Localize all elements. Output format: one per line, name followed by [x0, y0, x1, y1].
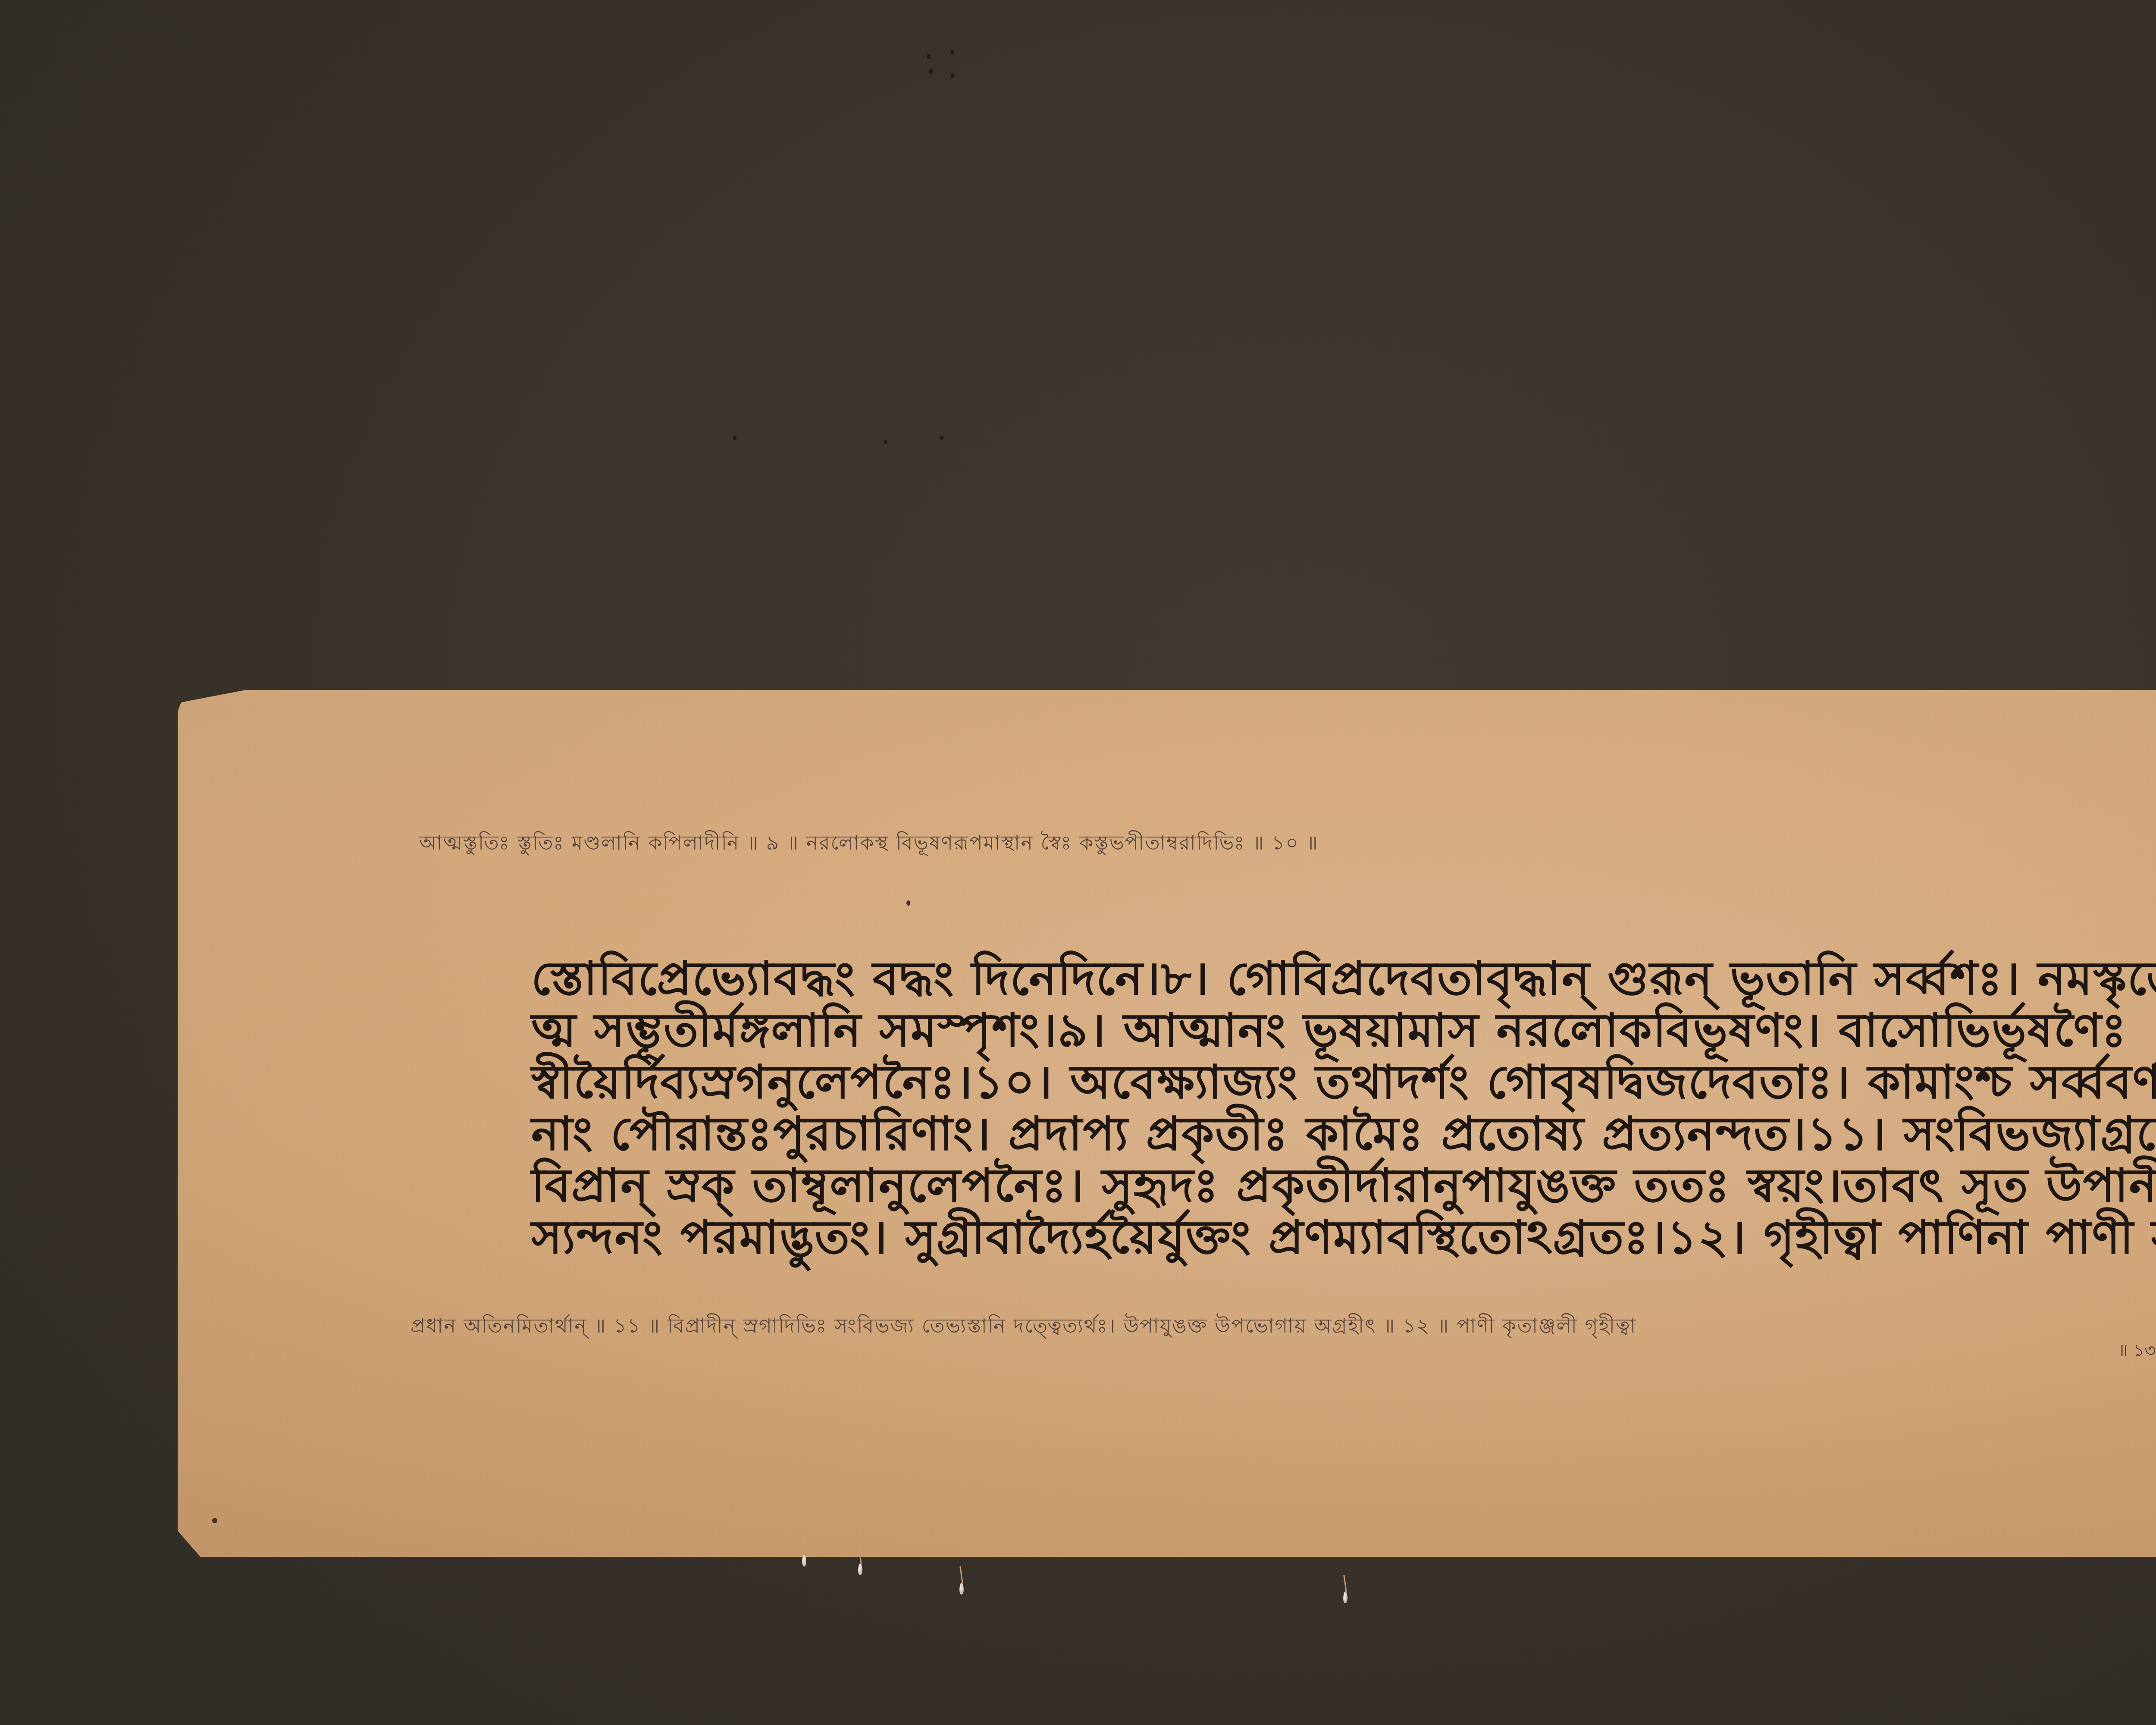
mounting-pin — [858, 1563, 862, 1575]
ink-spot — [212, 1518, 217, 1523]
main-text-line-4: নাং পৌরান্তঃপুরচারিণাং। প্রদাপ্য প্রকৃতী… — [531, 1108, 2156, 1160]
main-text-line-5: বিপ্রান্ স্রক্ তাম্বূলানুলেপনৈঃ। সুহৃদঃ … — [531, 1160, 2156, 1212]
main-text-line-6: স্যন্দনং পরমাদ্ভুতং। সুগ্রীবাদ্যৈর্হয়ৈর… — [531, 1212, 2156, 1264]
bottom-commentary-verse-number: ॥ ১৩ ॥ — [2118, 1337, 2156, 1366]
manuscript-folio: আত্মস্তুতিঃ স্তুতিঃ মণ্ডলানি কপিলাদীনি ॥… — [178, 690, 2156, 1557]
mounting-pin — [1343, 1591, 1347, 1603]
main-text-line-1: স্তোবিপ্রেভ্যোবদ্ধং বদ্ধং দিনেদিনে।৮। গো… — [531, 953, 2156, 1005]
board-speck — [733, 436, 736, 440]
main-text-line-3: স্বীয়ৈর্দিব্যস্রগনুলেপনৈঃ।১০। অবেক্ষ্যা… — [531, 1057, 2156, 1108]
bottom-commentary-line: প্রধান অতিনমিতার্থান্ ॥ ১১ ॥ বিপ্রাদীন্ … — [411, 1311, 1636, 1344]
ink-spot — [906, 900, 910, 906]
board-speck — [929, 69, 933, 74]
mounting-pin — [802, 1555, 806, 1567]
board-speck — [940, 436, 943, 440]
top-commentary-line: আত্মস্তুতিঃ স্তুতিঃ মণ্ডলানি কপিলাদীনি ॥… — [419, 828, 1319, 861]
board-speck — [927, 54, 931, 59]
main-text-block: স্তোবিপ্রেভ্যোবদ্ধং বদ্ধং দিনেদিনে।৮। গো… — [531, 953, 2156, 1264]
board-speck — [951, 73, 954, 78]
main-text-line-2: ত্ম সম্ভূতীর্মঙ্গলানি সমস্পৃশং।৯। আত্মান… — [531, 1005, 2156, 1057]
board-speck — [951, 50, 954, 55]
mounting-pin — [959, 1583, 964, 1595]
board-speck — [884, 440, 887, 444]
